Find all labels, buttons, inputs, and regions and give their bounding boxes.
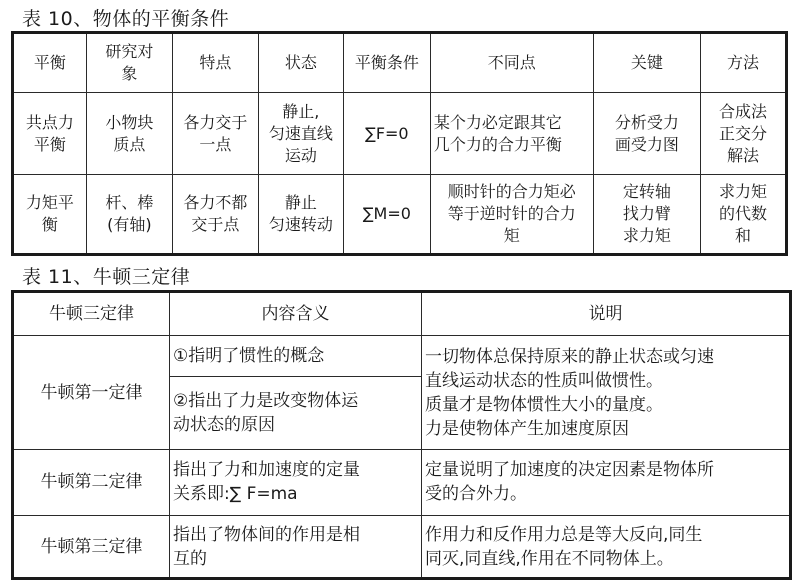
header-state: 状态 [258,33,343,93]
table-row: 共点力 平衡 小物块 质点 各力交于 一点 静止, 匀速直线 运动 ∑F=0 某… [13,93,787,175]
table-row: 牛顿第二定律 指出了力和加速度的定量 关系即:∑ F=ma 定量说明了加速度的决… [13,449,791,516]
table11-header-row: 牛顿三定律 内容含义 说明 [13,292,791,336]
cell: 定转轴 找力臂 求力矩 [593,175,700,255]
cell: ∑F=0 [343,93,430,175]
equilibrium-conditions-table: 平衡 研究对 象 特点 状态 平衡条件 不同点 关键 方法 共点力 平衡 小物块… [11,31,788,256]
content-cell: ②指出了力是改变物体运 动状态的原因 [170,376,422,449]
law-cell: 牛顿第三定律 [13,516,170,579]
cell: ∑M=0 [343,175,430,255]
cell: 求力矩 的代数 和 [700,175,786,255]
cell: 静止 匀速转动 [258,175,343,255]
table10-caption: 表 10、物体的平衡条件 [22,4,229,31]
cell: 杆、棒 (有轴) [86,175,172,255]
header-condition: 平衡条件 [343,33,430,93]
header-method: 方法 [700,33,786,93]
header-subject: 研究对 象 [86,33,172,93]
note-cell: 定量说明了加速度的决定因素是物体所 受的合外力。 [422,449,791,516]
cell: 各力不都 交于点 [172,175,258,255]
table11-caption: 表 11、牛顿三定律 [22,262,190,289]
cell: 各力交于 一点 [172,93,258,175]
content-cell: 指出了物体间的作用是相 互的 [170,516,422,579]
table-row: 牛顿第三定律 指出了物体间的作用是相 互的 作用力和反作用力总是等大反向,同生 … [13,516,791,579]
header-law: 牛顿三定律 [13,292,170,336]
cell: 静止, 匀速直线 运动 [258,93,343,175]
cell: 顺时针的合力矩必 等于逆时针的合力 矩 [430,175,593,255]
content-cell: ①指明了惯性的概念 [170,336,422,376]
table-row: 牛顿第一定律 ①指明了惯性的概念 一切物体总保持原来的静止状态或匀速 直线运动状… [13,336,791,376]
header-content: 内容含义 [170,292,422,336]
header-equilibrium: 平衡 [13,33,87,93]
content-cell: 指出了力和加速度的定量 关系即:∑ F=ma [170,449,422,516]
note-cell: 一切物体总保持原来的静止状态或匀速 直线运动状态的性质叫做惯性。 质量才是物体惯… [422,336,791,449]
header-difference: 不同点 [430,33,593,93]
cell: 合成法 正交分 解法 [700,93,786,175]
cell: 小物块 质点 [86,93,172,175]
note-cell: 作用力和反作用力总是等大反向,同生 同灭,同直线,作用在不同物体上。 [422,516,791,579]
cell: 共点力 平衡 [13,93,87,175]
table10-header-row: 平衡 研究对 象 特点 状态 平衡条件 不同点 关键 方法 [13,33,787,93]
cell: 某个力必定跟其它 几个力的合力平衡 [430,93,593,175]
cell: 分析受力 画受力图 [593,93,700,175]
table-row: 力矩平 衡 杆、棒 (有轴) 各力不都 交于点 静止 匀速转动 ∑M=0 顺时针… [13,175,787,255]
header-feature: 特点 [172,33,258,93]
law-cell: 牛顿第一定律 [13,336,170,449]
header-note: 说明 [422,292,791,336]
newton-laws-table: 牛顿三定律 内容含义 说明 牛顿第一定律 ①指明了惯性的概念 一切物体总保持原来… [11,290,792,580]
cell: 力矩平 衡 [13,175,87,255]
law-cell: 牛顿第二定律 [13,449,170,516]
header-key: 关键 [593,33,700,93]
